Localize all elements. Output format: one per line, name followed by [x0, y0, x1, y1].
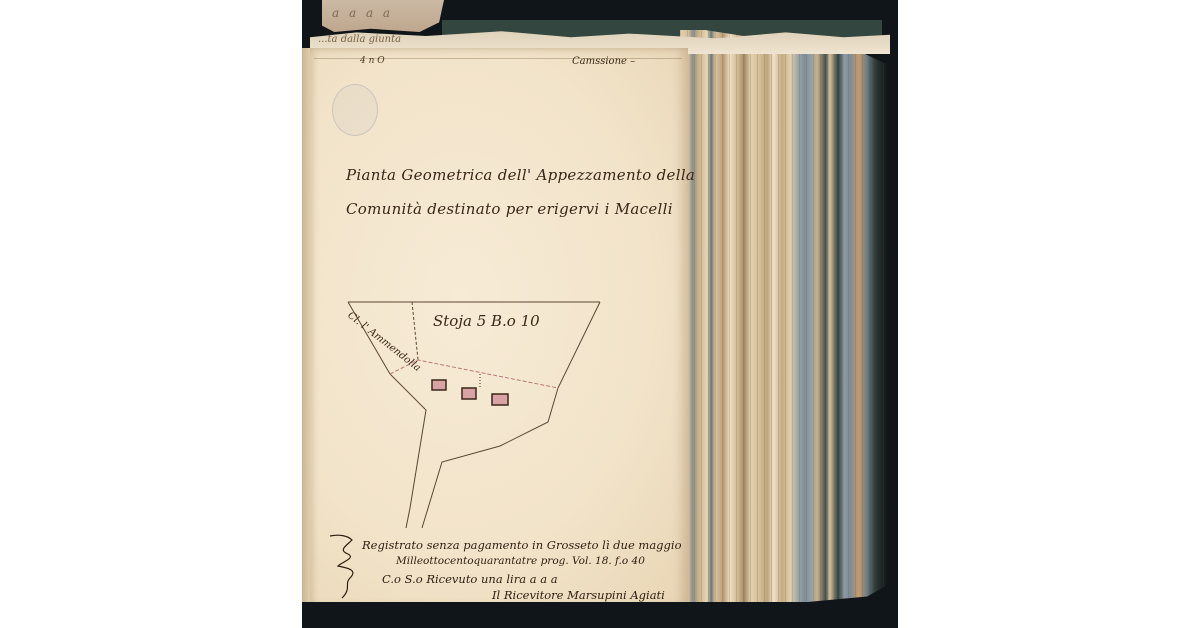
plan-parcel-label: Stoja 5 B.o 10 — [433, 312, 540, 330]
registration-signature: Il Ricevitore Marsupini Agiati — [492, 588, 665, 602]
building-3 — [492, 394, 508, 405]
loose-slip-text: a a a a — [332, 6, 393, 20]
top-leaves-text: ...ta dalla giunta — [318, 34, 401, 45]
page-edges-stack — [680, 30, 888, 608]
bottom-board — [302, 602, 898, 628]
registration-note-line-2: Milleottocentoquarantatre prog. Vol. 18.… — [396, 555, 645, 567]
document-scan: a a a a ...ta dalla giunta 4 n O Camssio… — [302, 0, 898, 628]
main-page: 4 n O Camssione – Pianta Geometrica dell… — [310, 48, 688, 608]
registration-note-line-3: C.o S.o Ricevuto una lira a a a — [382, 572, 558, 586]
building-1 — [432, 380, 446, 390]
registration-note-line-1: Registrato senza pagamento in Grosseto l… — [362, 538, 682, 552]
building-2 — [462, 388, 476, 399]
